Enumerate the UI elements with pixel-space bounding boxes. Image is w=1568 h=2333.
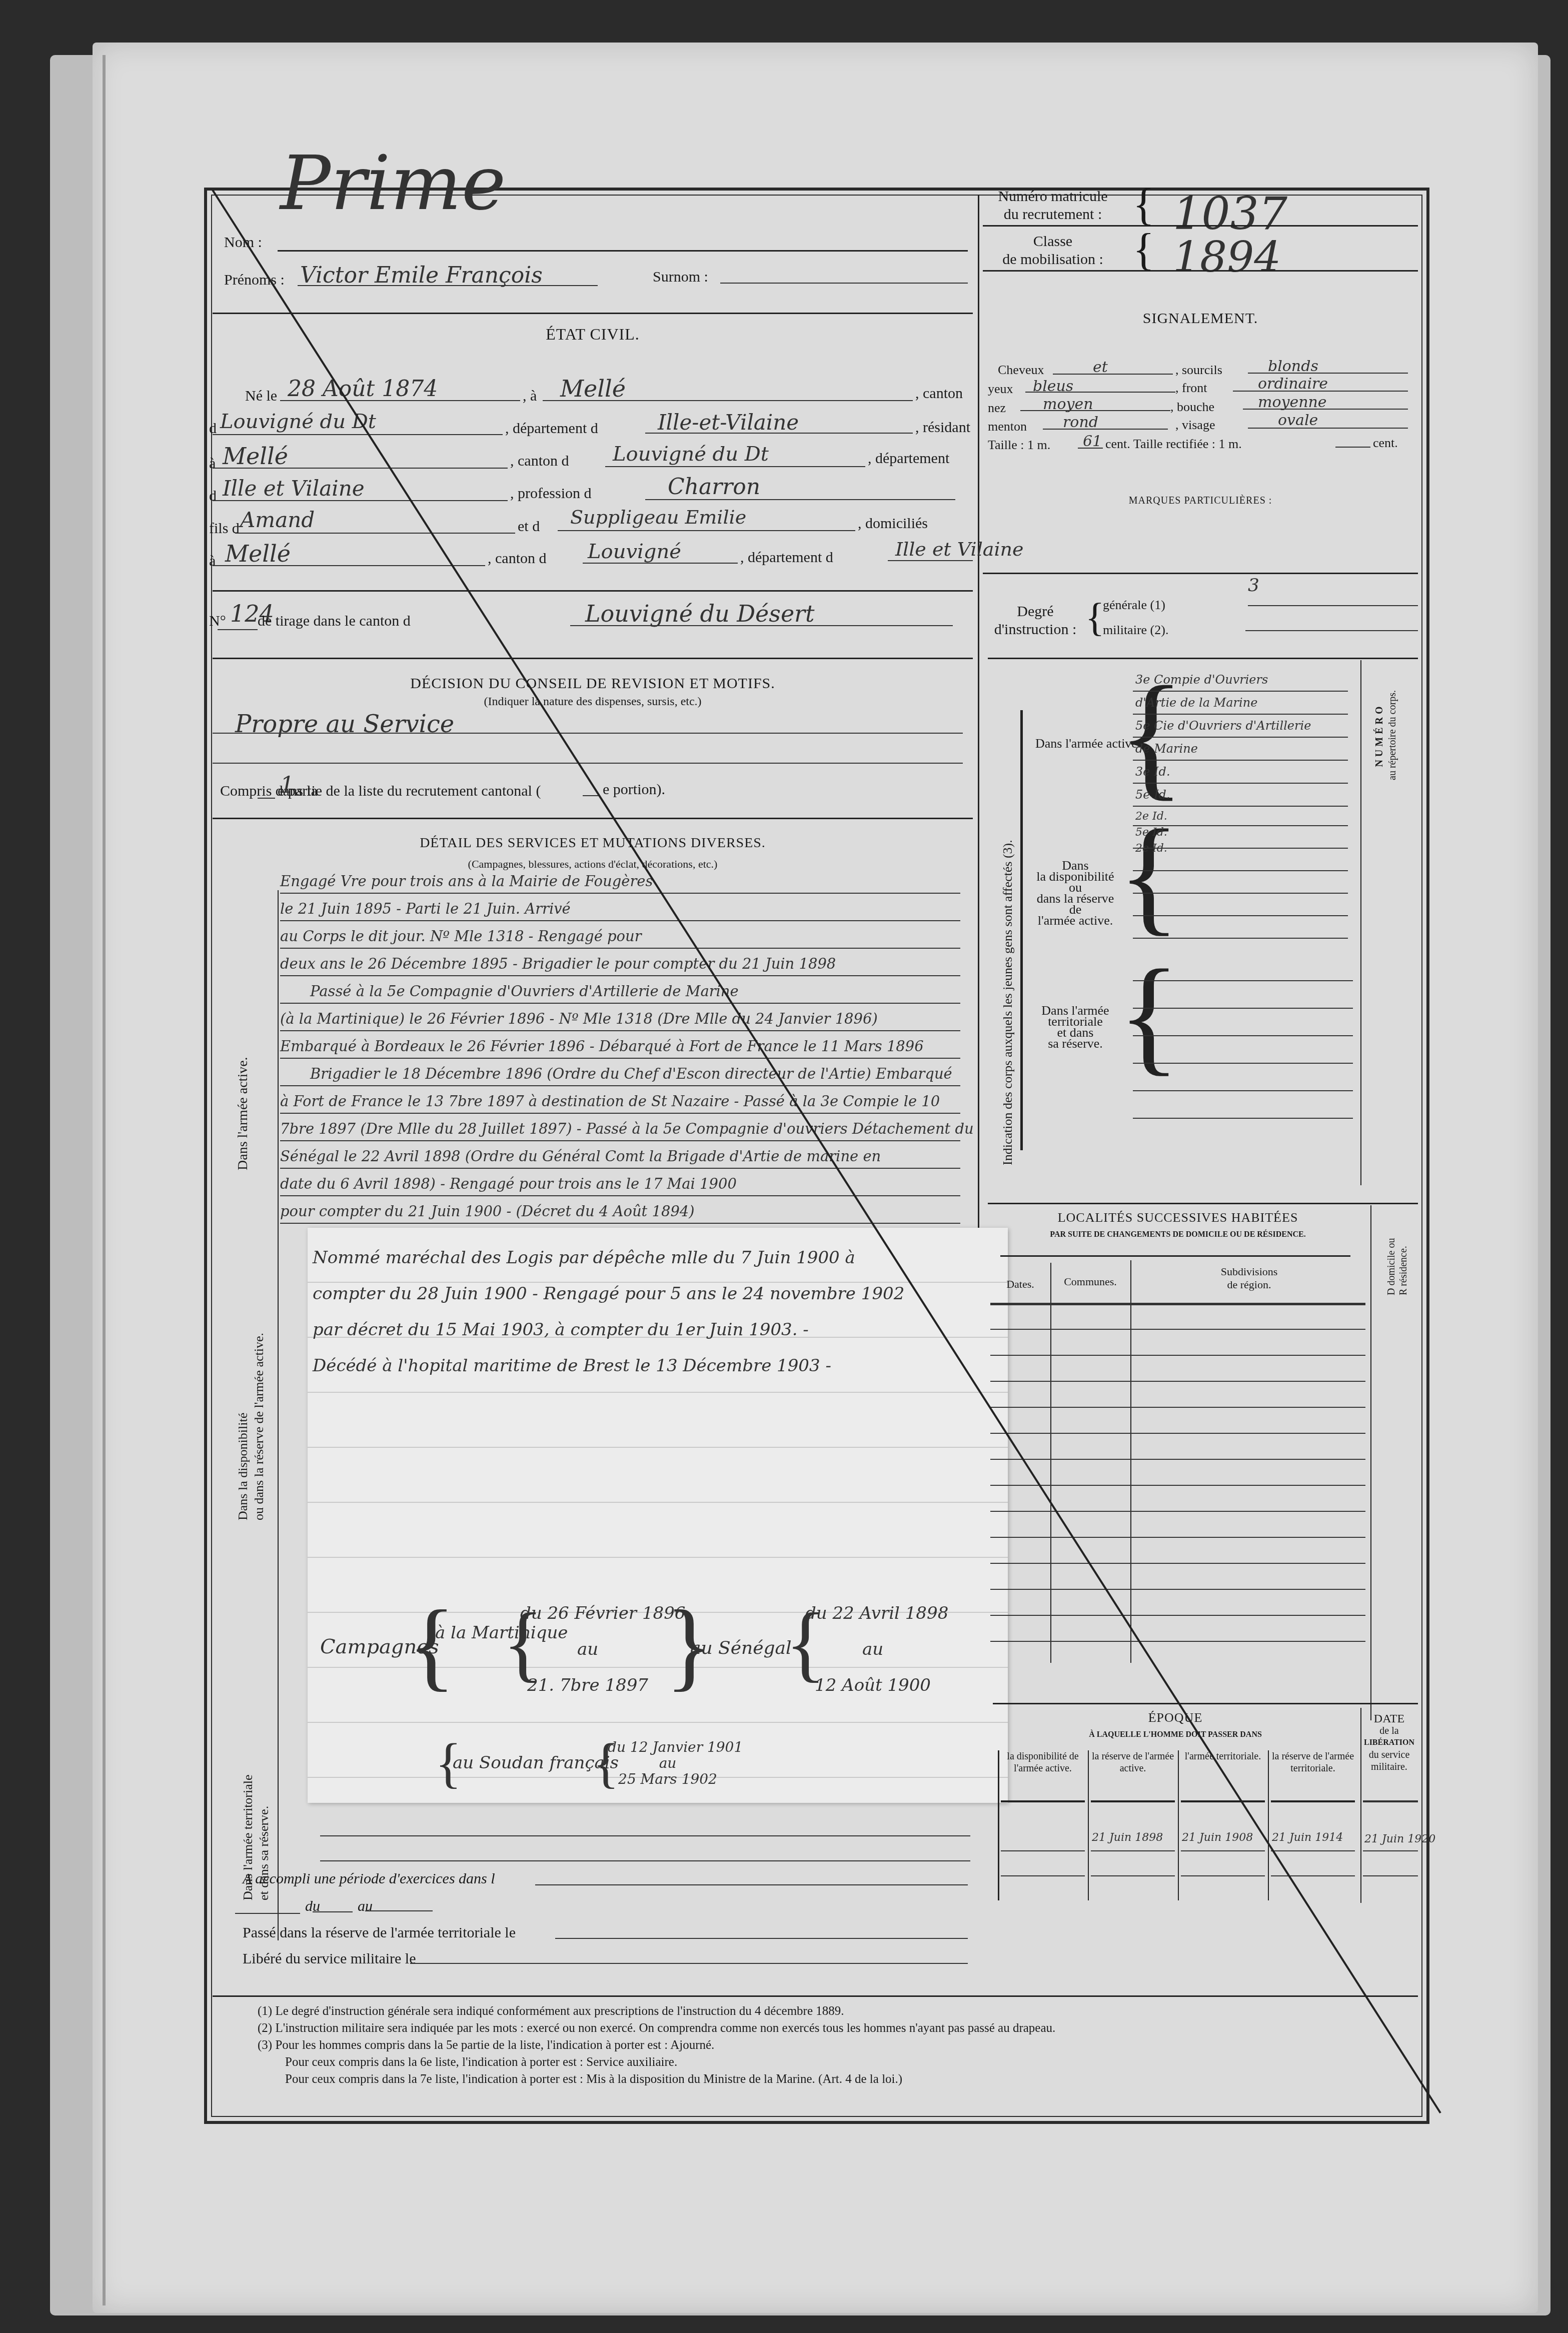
cancellation-diagonal	[0, 0, 1568, 2333]
